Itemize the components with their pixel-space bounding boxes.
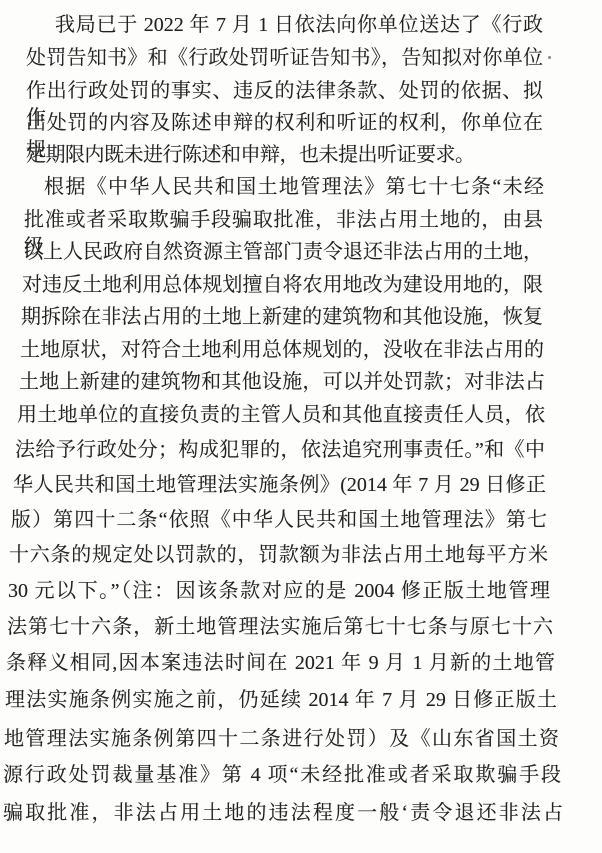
text-line: 土地原状，对符合土地利用总体规划的，没收在非法占用的 bbox=[20, 337, 544, 364]
text-line: 出处罚的内容及陈述申辩的权利和听证的权利，你单位在规 bbox=[26, 110, 543, 137]
text-line: 骗取批准，非法占用土地的违法程度一般‘责令退还非法占 bbox=[3, 800, 563, 827]
scanned-page: 我局已于 2022 年 7 月 1 日依法向你单位送达了《行政 处罚告知书》和《… bbox=[0, 0, 602, 853]
text-line: 作出行政处罚的事实、违反的法律条款、处罚的依据、拟作 bbox=[26, 78, 543, 105]
text-line: 条释义相同,因本案违法时间在 2021 年 9 月 1 月新的土地管 bbox=[6, 650, 555, 677]
text-line: 源行政处罚裁量基准》第 4 项“未经批准或者采取欺骗手段 bbox=[3, 762, 561, 789]
text-line: 对违反土地利用总体规划擅自将农用地改为建设用地的，限 bbox=[22, 272, 543, 299]
text-line: 根据《中华人民共和国土地管理法》第七十七条“未经 bbox=[44, 174, 544, 201]
text-line: 以上人民政府自然资源主管部门责令退还非法占用的土地， bbox=[23, 239, 543, 266]
text-line: 地管理法实施条例第四十二条进行处罚）及《山东省国土资 bbox=[4, 726, 559, 753]
text-line: 我局已于 2022 年 7 月 1 日依法向你单位送达了《行政 bbox=[55, 12, 543, 39]
text-line: 处罚告知书》和《行政处罚听证告知书》，告知拟对你单位 bbox=[26, 45, 543, 72]
text-line: 理法实施条例实施之前，仍延续 2014 年 7 月 29 日修正版土 bbox=[5, 687, 557, 714]
text-line: 版）第四十二条“依照《中华人民共和国土地管理法》第七 bbox=[11, 507, 547, 534]
scan-speck bbox=[548, 56, 551, 59]
text-line: 华人民共和国土地管理法实施条例》(2014 年 7 月 29 日修正 bbox=[13, 472, 546, 499]
text-line: 30 元以下。”（注：因该条款对应的是 2004 修正版土地管理 bbox=[8, 578, 550, 605]
text-line: 批准或者采取欺骗手段骗取批准，非法占用土地的，由县级 bbox=[24, 207, 543, 234]
text-line: 期拆除在非法占用的土地上新建的建筑物和其他设施，恢复 bbox=[21, 304, 543, 331]
text-line: 用土地单位的直接负责的主管人员和其他直接责任人员，依 bbox=[17, 402, 545, 429]
text-line: 法给予行政处分；构成犯罪的，依法追究刑事责任。”和《中 bbox=[15, 437, 545, 464]
text-line: 定期限内既未进行陈述和申辩，也未提出听证要求。 bbox=[26, 142, 486, 169]
text-line: 法第七十六条，新土地管理法实施后第七十七条与原七十六 bbox=[7, 614, 553, 641]
screenshot-root: 我局已于 2022 年 7 月 1 日依法向你单位送达了《行政 处罚告知书》和《… bbox=[0, 0, 602, 853]
text-line: 十六条的规定处以罚款的，罚款额为非法占用土地每平方米 bbox=[9, 542, 548, 569]
text-line: 土地上新建的建筑物和其他设施，可以并处罚款；对非法占 bbox=[19, 369, 545, 396]
